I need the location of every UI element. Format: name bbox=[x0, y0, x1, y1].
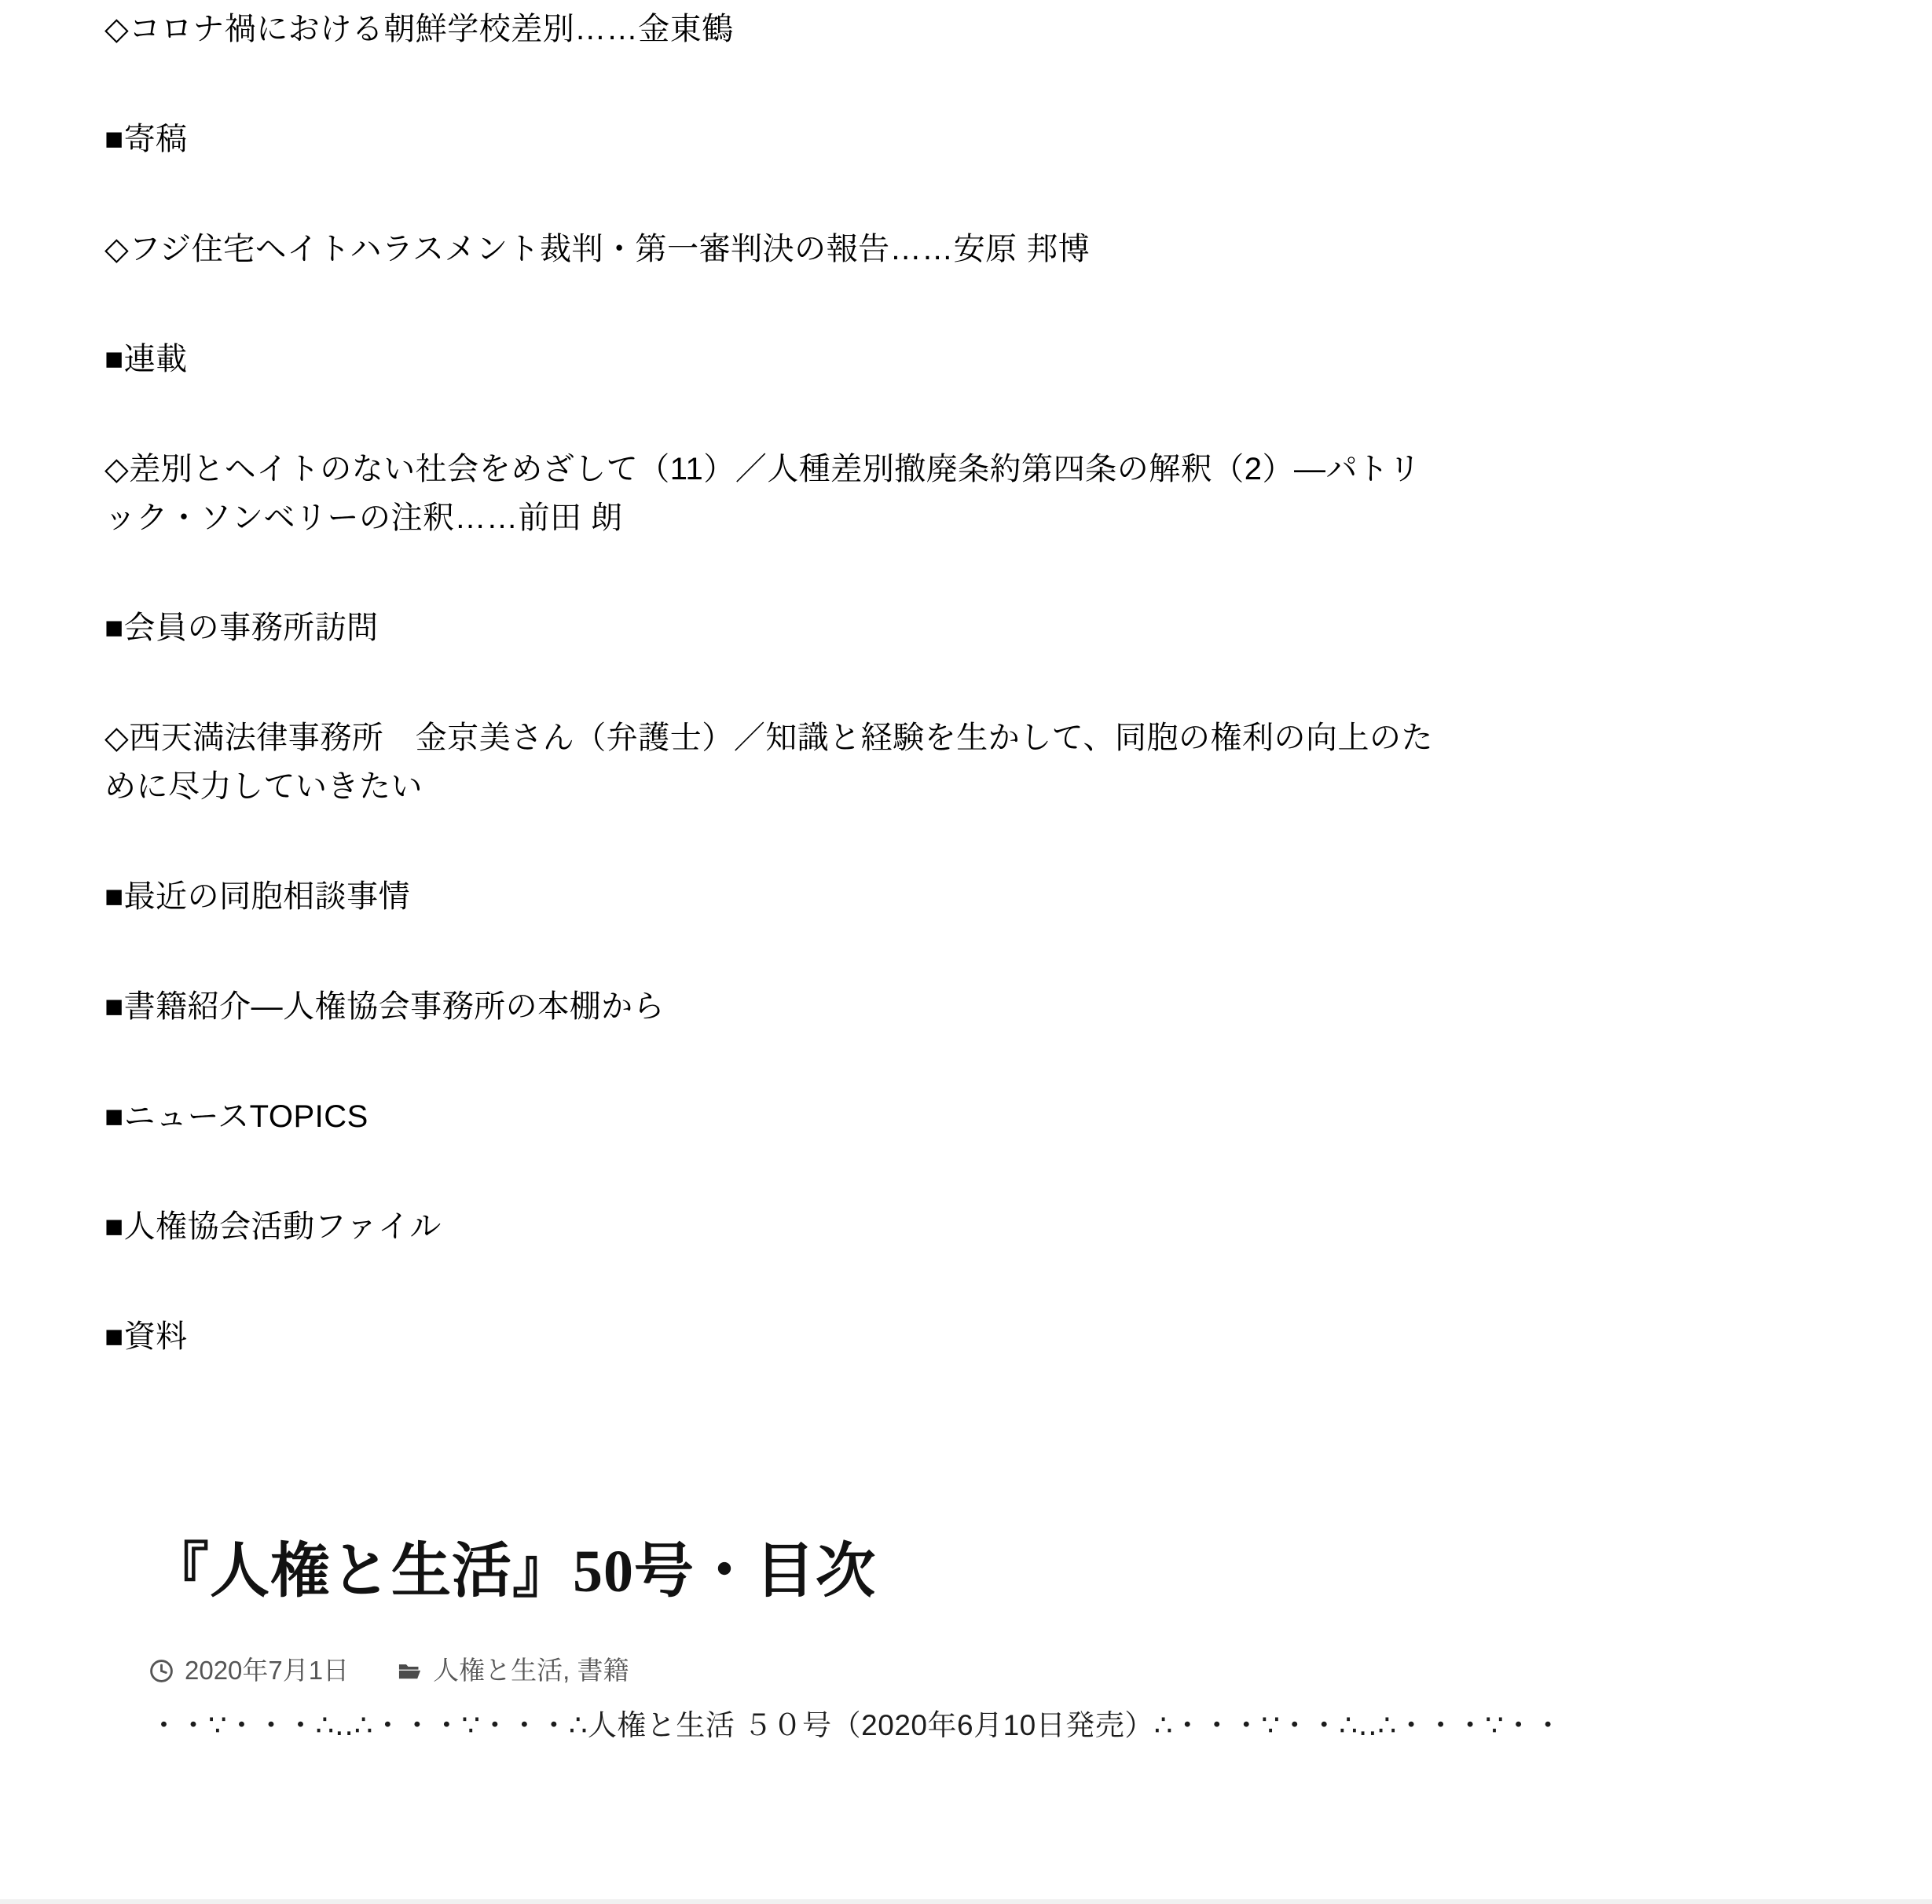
post-excerpt: ・・∵・・・∴‥∴・・・∵・・・∴人権と生活 ５０号（2020年6月10日発売）… bbox=[149, 1705, 1932, 1746]
toc-section: ◇コロナ禍における朝鮮学校差別……金東鶴 ■寄稿 ◇フジ住宅ヘイトハラスメント裁… bbox=[0, 0, 1932, 1361]
clock-icon bbox=[149, 1659, 174, 1683]
toc-item: ◇西天満法律事務所 金京美さん（弁護士）／知識と経験を生かして、同胞の権利の向上… bbox=[104, 714, 1605, 811]
toc-item: ◇フジ住宅ヘイトハラスメント裁判・第一審判決の報告……安原 邦博 bbox=[104, 225, 1605, 273]
post-date-label: 2020年7月1日 bbox=[185, 1655, 349, 1686]
post-categories-label[interactable]: 人権と生活, 書籍 bbox=[433, 1655, 629, 1686]
post-categories[interactable]: 人権と生活, 書籍 bbox=[398, 1655, 629, 1686]
toc-item: ■資料 bbox=[104, 1312, 1605, 1361]
toc-item: ■会員の事務所訪問 bbox=[104, 603, 1605, 652]
post-date: 2020年7月1日 bbox=[149, 1655, 349, 1686]
post-title[interactable]: 『人権と生活』50号・目次 bbox=[149, 1534, 1932, 1609]
toc-item: ■人権協会活動ファイル bbox=[104, 1202, 1605, 1251]
folder-icon bbox=[398, 1659, 422, 1683]
toc-item: ■最近の同胞相談事情 bbox=[104, 872, 1605, 921]
page: ◇コロナ禍における朝鮮学校差別……金東鶴 ■寄稿 ◇フジ住宅ヘイトハラスメント裁… bbox=[0, 0, 1932, 1746]
toc-item: ◇差別とヘイトのない社会をめざして（11）／人種差別撤廃条約第四条の解釈（2）—… bbox=[104, 445, 1605, 542]
toc-item: ◇コロナ禍における朝鮮学校差別……金東鶴 bbox=[104, 5, 1605, 53]
toc-item: ■寄稿 bbox=[104, 115, 1605, 163]
bottom-divider bbox=[0, 1899, 1932, 1904]
toc-item: ■ニュースTOPICS bbox=[104, 1092, 1605, 1141]
toc-item: ■連載 bbox=[104, 335, 1605, 383]
post-meta: 2020年7月1日 人権と生活, 書籍 bbox=[149, 1655, 1932, 1686]
toc-item: ■書籍紹介—人権協会事務所の本棚から bbox=[104, 982, 1605, 1031]
post-preview: 『人権と生活』50号・目次 2020年7月1日 bbox=[0, 1534, 1932, 1746]
